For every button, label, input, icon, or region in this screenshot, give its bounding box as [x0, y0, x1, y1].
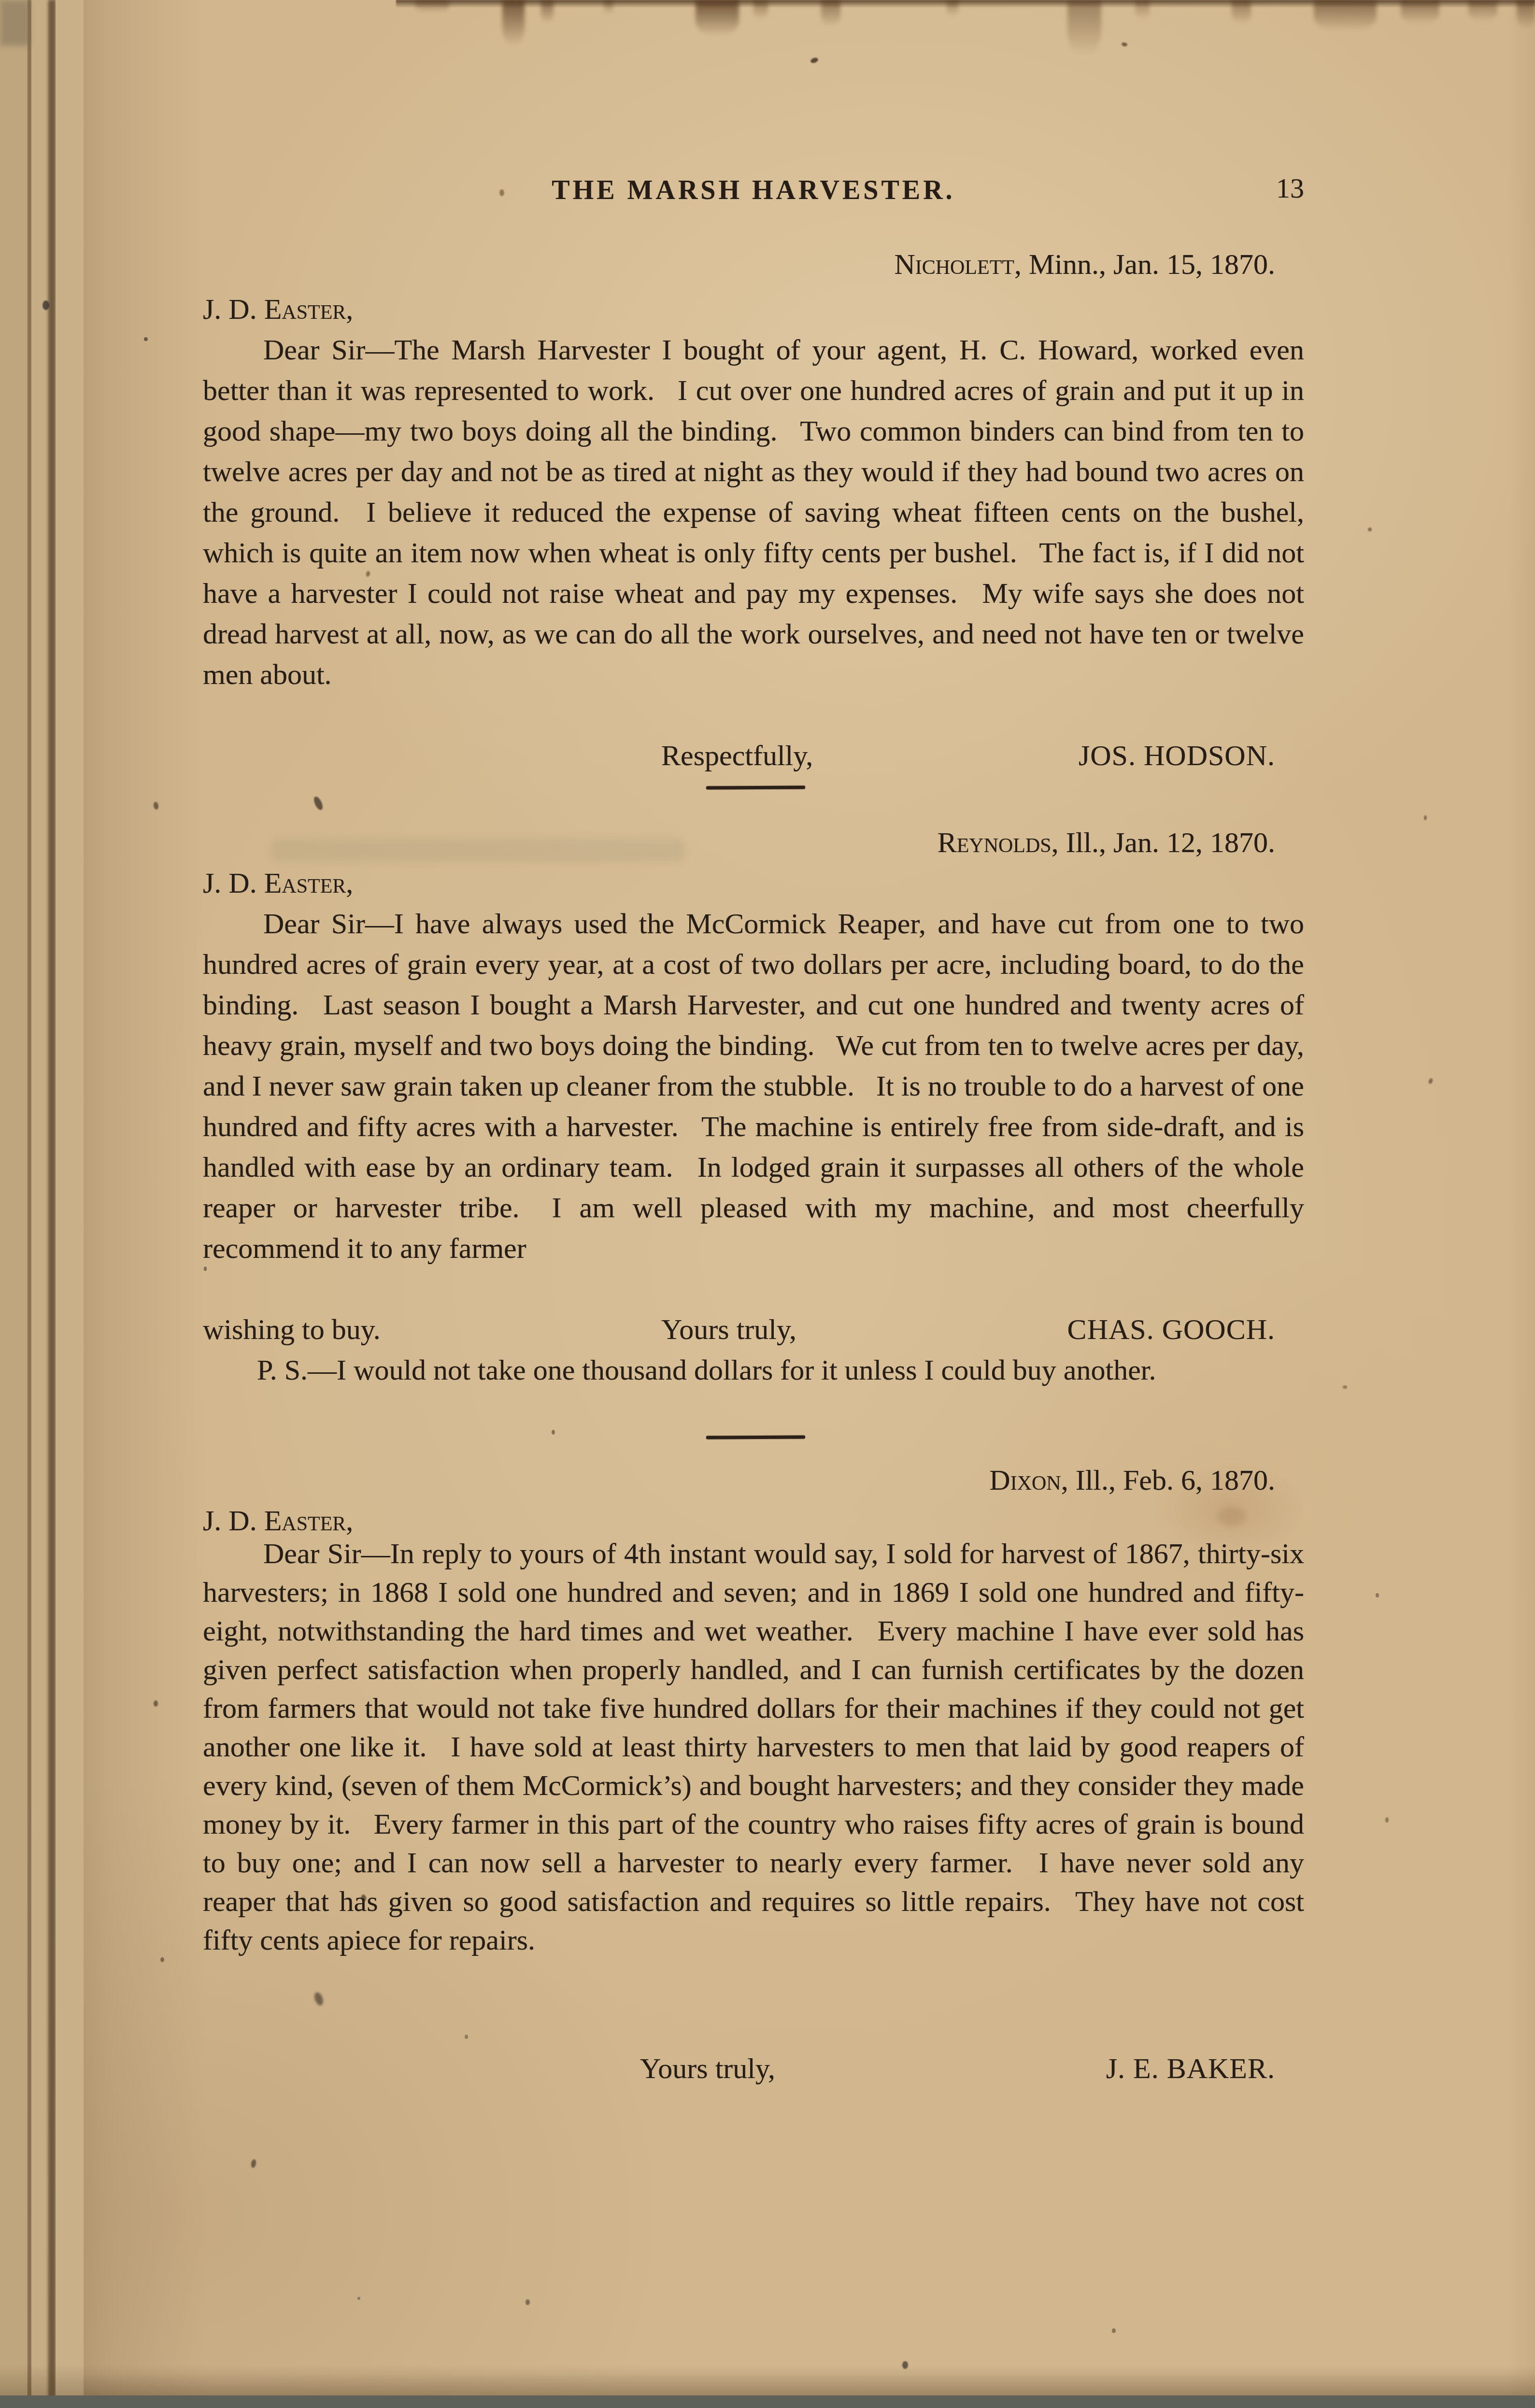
letter3-dateline: Dixon, Ill., Feb. 6, 1870. [203, 1460, 1275, 1500]
letter1-recipient: J. D. Easter, [203, 289, 353, 329]
letter2-signature-row: wishing to buy. Yours truly, CHAS. GOOCH… [203, 1309, 1304, 1350]
letter2-dateline-date: Ill., Jan. 12, 1870. [1059, 826, 1275, 858]
letter1-body: Dear Sir—The Marsh Harvester I bought of… [203, 329, 1304, 695]
letter3-body: Dear Sir—In reply to yours of 4th instan… [203, 1534, 1304, 1959]
letter3-dateline-date: Ill., Feb. 6, 1870. [1068, 1464, 1275, 1496]
scanner-background-strip [0, 2395, 1535, 2408]
letter1-dateline-date: Minn., Jan. 15, 1870. [1022, 248, 1275, 280]
letter2-recipient: J. D. Easter, [203, 863, 353, 903]
corner-shadow [0, 0, 30, 46]
letter2-postscript: P. S.—I would not take one thousand doll… [203, 1350, 1304, 1390]
letter1-recipient-name: J. D. Easter, [203, 293, 353, 325]
book-gutter-edge [0, 0, 28, 2408]
book-gutter-edge [56, 0, 84, 2408]
letter3-closing: Yours truly, [640, 2048, 775, 2089]
bottom-page-shadow [0, 2365, 1535, 2395]
letter2-closing-line-lead: wishing to buy. [203, 1309, 381, 1350]
letter2-closing: Yours truly, [661, 1309, 796, 1350]
section-divider [706, 1436, 805, 1439]
letter1-dateline-place: Nicholett, [894, 248, 1022, 280]
letter3-signature: J. E. BAKER. [1106, 2048, 1275, 2089]
book-gutter-line [28, 0, 31, 2408]
letter2-body: Dear Sir—I have always used the McCormic… [203, 903, 1304, 1268]
letter3-signature-row: Yours truly, J. E. BAKER. [203, 2048, 1304, 2089]
letter1-signature: JOS. HODSON. [1079, 735, 1275, 776]
letter2-dateline: Reynolds, Ill., Jan. 12, 1870. [203, 822, 1275, 863]
book-gutter-crease [48, 0, 56, 2408]
running-header: THE MARSH HARVESTER. [203, 175, 1304, 206]
section-divider [706, 786, 805, 790]
scanned-book-page: THE MARSH HARVESTER. 13 Nicholett, Minn.… [0, 0, 1535, 2408]
page-number: 13 [1208, 172, 1304, 204]
letter1-closing: Respectfully, [661, 735, 813, 776]
letter2-recipient-name: J. D. Easter, [203, 867, 353, 899]
letter2-dateline-place: Reynolds, [938, 826, 1059, 858]
letter1-signature-row: Respectfully, JOS. HODSON. [203, 735, 1304, 776]
letter2-signature: CHAS. GOOCH. [1067, 1309, 1275, 1350]
letter3-recipient-name: J. D. Easter, [203, 1505, 353, 1537]
letter3-dateline-place: Dixon, [989, 1464, 1068, 1496]
book-gutter-edge [31, 0, 48, 2408]
letter1-dateline: Nicholett, Minn., Jan. 15, 1870. [203, 244, 1275, 285]
